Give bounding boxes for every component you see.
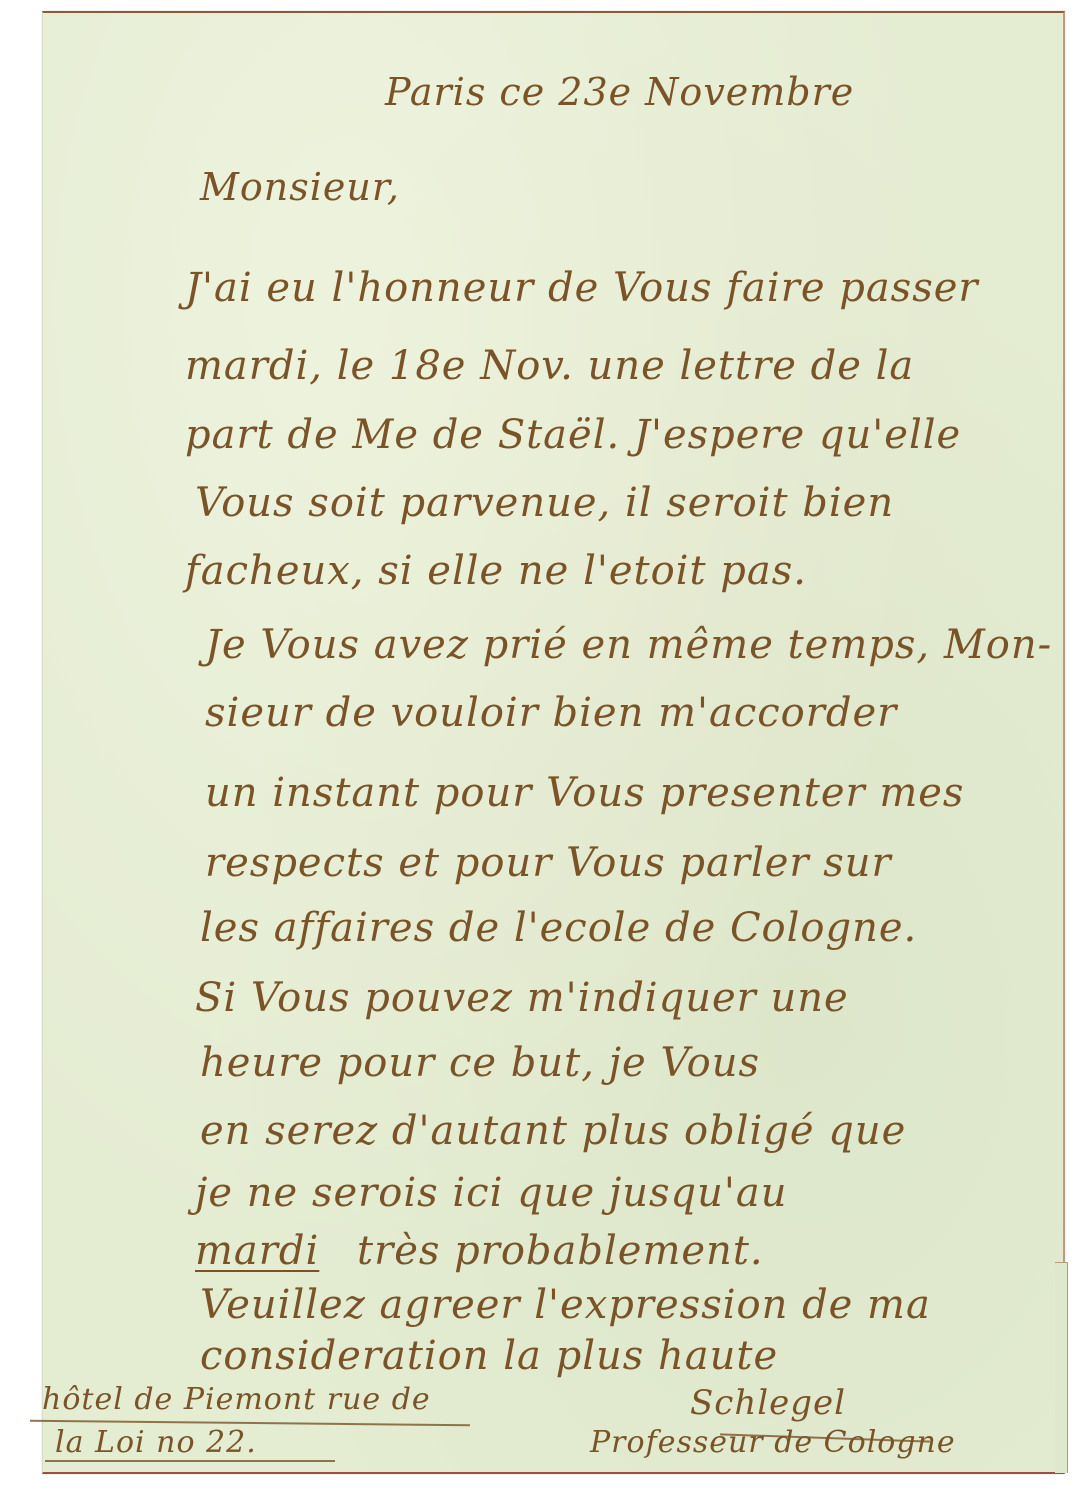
body-line-16: Veuillez agreer l'expression de ma — [200, 1282, 931, 1328]
body-line-17: consideration la plus haute — [200, 1333, 778, 1379]
body-line-3: part de Me de Staël. J'espere qu'elle — [185, 412, 961, 458]
body-line-10: les affaires de l'ecole de Cologne. — [200, 905, 917, 951]
dateline: Paris ce 23e Novembre — [385, 70, 854, 114]
body-line-15: mardi très probablement. — [195, 1228, 764, 1274]
body-line-4: Vous soit parvenue, il seroit bien — [195, 480, 894, 526]
paper-fold-flap — [1055, 1262, 1068, 1473]
body-line-13: en serez d'autant plus obligé que — [200, 1108, 906, 1154]
body-line-12: heure pour ce but, je Vous — [200, 1040, 760, 1086]
signature-name: Schlegel — [690, 1383, 846, 1423]
body-line-2: mardi, le 18e Nov. une lettre de la — [185, 343, 914, 389]
signature-title: Professeur de Cologne — [590, 1425, 956, 1460]
salutation: Monsieur, — [200, 165, 400, 209]
body-line-7: sieur de vouloir bien m'accorder — [205, 690, 897, 736]
address-line-2: la Loi no 22. — [55, 1425, 257, 1460]
body-line-11: Si Vous pouvez m'indiquer une — [195, 975, 849, 1021]
address-rule-bottom — [45, 1460, 335, 1462]
body-line-8: un instant pour Vous presenter mes — [205, 770, 964, 816]
body-line-1: J'ai eu l'honneur de Vous faire passer — [185, 265, 979, 311]
address-line-1: hôtel de Piemont rue de — [42, 1382, 431, 1417]
body-line-14: je ne serois ici que jusqu'au — [195, 1170, 788, 1216]
body-line-9: respects et pour Vous parler sur — [205, 840, 892, 886]
underlined-mardi: mardi — [195, 1228, 319, 1274]
body-line-6: Je Vous avez prié en même temps, Mon- — [205, 622, 1052, 668]
body-line-5: facheux, si elle ne l'etoit pas. — [185, 548, 807, 594]
closing-line-suffix: très probablement. — [357, 1228, 764, 1274]
